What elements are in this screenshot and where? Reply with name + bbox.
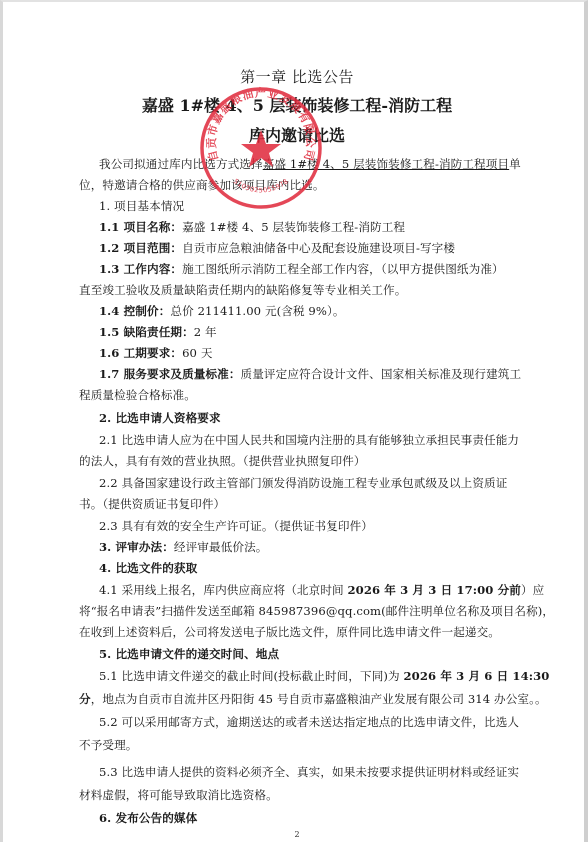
item-5-1-cont: 分，地点为自贡市自流井区丹阳街 45 号自贡市嘉盛粮油产业发展有限公司 314 … [79,691,547,707]
item-5-1-location: ，地点为自贡市自流井区丹阳街 45 号自贡市嘉盛粮油产业发展有限公司 314 办… [91,692,547,706]
item-1-3-label: 1.3 工作内容： [99,262,182,276]
item-5-1-fen: 分 [79,692,91,706]
intro-line-2: 位，特邀请合格的供应商参加该项目库内比选。 [79,177,325,193]
item-4-1-c: ）应 [521,583,544,597]
item-1-7: 1.7 服务要求及质量标准：质量评定应符合设计文件、国家相关标准及现行建筑工 [99,366,521,382]
item-1-6-label: 1.6 工期要求： [99,346,182,360]
item-1-3: 1.3 工作内容：施工图纸所示消防工程全部工作内容，（以甲方提供图纸为准） [99,261,504,277]
item-1-7-label: 1.7 服务要求及质量标准： [99,367,241,381]
item-1-2-label: 1.2 项目范围： [99,241,182,255]
item-5-3-cont: 材料虚假，将可能导致取消比选资格。 [79,787,278,803]
item-1-5-value: 2 年 [194,325,217,339]
item-5-2: 5.2 可以采用邮寄方式，逾期送达的或者未送达指定地点的比选申请文件，比选人 [99,714,519,730]
section-4-heading: 4. 比选文件的获取 [99,560,197,576]
item-4-1: 4.1 采用线上报名，库内供应商应将（北京时间 2026 年 3 月 3 日 1… [99,582,544,598]
item-4-1-a: 4.1 采用线上报名，库内供应商应将（北京时间 [99,583,348,597]
item-1-2-value: 自贡市应急粮油储备中心及配套设施建设项目-写字楼 [182,241,455,255]
subtitle: 库内邀请比选 [3,123,588,146]
item-1-4-label: 1.4 控制价： [99,304,170,318]
item-2-2-cont: 书。（提供资质证书复印件） [79,496,225,512]
item-2-1: 2.1 比选申请人应为在中国人民共和国境内注册的具有能够独立承担民事责任能力 [99,432,519,448]
item-1-7-cont: 程质量检验合格标准。 [79,387,196,403]
item-2-1-cont: 的法人，具有有效的营业执照。（提供营业执照复印件） [79,453,366,469]
project-title: 嘉盛 1#楼 4、5 层装饰装修工程-消防工程 [3,93,588,116]
item-4-1-cont-1: 将“报名申请表”扫描件发送至邮箱 845987396@qq.com(邮件注明单位… [79,603,554,619]
item-5-2-cont: 不予受理。 [79,737,137,753]
section-1-heading: 1. 项目基本情况 [99,198,184,214]
section-5-heading: 5. 比选申请文件的递交时间、地点 [99,646,279,662]
item-1-5-label: 1.5 缺陷责任期： [99,325,194,339]
intro-suffix: 单 [509,157,521,171]
item-1-7-value: 质量评定应符合设计文件、国家相关标准及现行建筑工 [241,367,522,381]
intro-project-underlined: 嘉盛 1#楼 4、5 层装饰装修工程-消防工程项目 [263,157,509,171]
intro-line-1: 我公司拟通过库内比选方式选择嘉盛 1#楼 4、5 层装饰装修工程-消防工程项目单 [99,156,521,172]
section-6-heading: 6. 发布公告的媒体 [99,810,197,826]
item-1-2: 1.2 项目范围：自贡市应急粮油储备中心及配套设施建设项目-写字楼 [99,240,455,256]
section-3-heading: 3. 评审办法： [99,540,174,554]
item-1-4-value: 总价 211411.00 元(含税 9%）。 [170,304,344,318]
item-5-1: 5.1 比选申请文件递交的截止时间(投标截止时间，下同)为 2026 年 3 月… [99,668,549,684]
item-1-5: 1.5 缺陷责任期：2 年 [99,324,217,340]
item-2-2: 2.2 具备国家建设行政主管部门颁发得消防设施工程专业承包贰级及以上资质证 [99,475,507,491]
item-1-6-value: 60 天 [182,346,212,360]
section-3: 3. 评审办法：经评审最低价法。 [99,539,267,555]
item-1-3-value: 施工图纸所示消防工程全部工作内容，（以甲方提供图纸为准） [182,262,504,276]
item-1-1-value: 嘉盛 1#楼 4、5 层装饰装修工程-消防工程 [182,220,405,234]
item-5-3: 5.3 比选申请人提供的资料必须齐全、真实，如果未按要求提供证明材料或经证实 [99,764,519,780]
item-4-1-cont-2: 在收到上述资料后，公司将发送电子版比选文件，原件同比选申请文件一起递交。 [79,624,500,640]
item-2-3: 2.3 具有有效的安全生产许可证。（提供证书复印件） [99,518,373,534]
item-5-1-deadline: 2026 年 3 月 6 日 14:30 [404,669,550,683]
page-number: 2 [3,830,588,839]
item-1-1-label: 1.1 项目名称： [99,220,182,234]
item-1-1: 1.1 项目名称：嘉盛 1#楼 4、5 层装饰装修工程-消防工程 [99,219,405,235]
intro-prefix: 我公司拟通过库内比选方式选择 [99,157,263,171]
section-3-value: 经评审最低价法。 [174,540,268,554]
item-1-4: 1.4 控制价：总价 211411.00 元(含税 9%）。 [99,303,345,319]
item-1-3-cont: 直至竣工验收及质量缺陷责任期内的缺陷修复等专业相关工作。 [79,282,406,298]
item-1-6: 1.6 工期要求：60 天 [99,345,213,361]
section-2-heading: 2. 比选申请人资格要求 [99,410,221,426]
document-page: 第一章 比选公告 嘉盛 1#楼 4、5 层装饰装修工程-消防工程 库内邀请比选 … [0,0,588,842]
chapter-title: 第一章 比选公告 [3,66,588,87]
item-4-1-deadline: 2026 年 3 月 3 日 17:00 分前 [348,583,521,597]
item-5-1-a: 5.1 比选申请文件递交的截止时间(投标截止时间，下同)为 [99,669,404,683]
